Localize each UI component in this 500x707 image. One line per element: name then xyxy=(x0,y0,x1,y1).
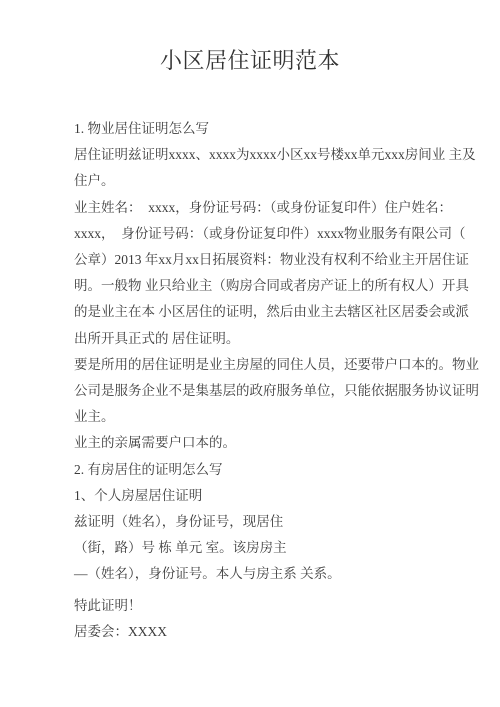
document-title: 小区居住证明范本 xyxy=(0,0,500,74)
section-2-heading: 2. 有房居住的证明怎么写 xyxy=(74,457,470,483)
subsection-heading: 1、个人房屋居住证明 xyxy=(74,483,470,509)
closing-line: 特此证明！ xyxy=(74,593,470,619)
paragraph-line: 要是所用的居住证明是业主房屋的同住人员，还要带户口本的。物业 xyxy=(74,352,470,378)
paragraph-line: 业主。 xyxy=(74,404,470,430)
paragraph-line: 业主的亲属需要户口本的。 xyxy=(74,430,470,456)
paragraph-line: 公章）2013 年xx月xx日拓展资料：物业没有权利不给业主开居住证 xyxy=(74,247,470,273)
paragraph-line: 明。一般物 业只给业主（购房合同或者房产证上的所有权人）开具 xyxy=(74,273,470,299)
paragraph-line: xxxx， 身份证号码：（或身份证复印件）xxxx物业服务有限公司（ xyxy=(74,221,470,247)
paragraph-line: 居住证明兹证明xxxx、xxxx为xxxx小区xx号楼xx单元xxx房间业 主及 xyxy=(74,142,470,168)
document-body: 1. 物业居住证明怎么写 居住证明兹证明xxxx、xxxx为xxxx小区xx号楼… xyxy=(0,116,500,645)
document-page: 小区居住证明范本 1. 物业居住证明怎么写 居住证明兹证明xxxx、xxxx为x… xyxy=(0,0,500,707)
paragraph-line: （街，路）号 栋 单元 室。该房房主 xyxy=(74,535,470,561)
paragraph-line: 住户。 xyxy=(74,168,470,194)
paragraph-line: 出所开具正式的 居住证明。 xyxy=(74,326,470,352)
section-1-heading: 1. 物业居住证明怎么写 xyxy=(74,116,470,142)
paragraph-line: 兹证明（姓名），身份证号，现居住 xyxy=(74,509,470,535)
signature-line: 居委会：XXXX xyxy=(74,619,470,645)
paragraph-line: 公司是服务企业不是集基层的政府服务单位，只能依据服务协议证明 xyxy=(74,378,470,404)
paragraph-line: 的是业主在本 小区居住的证明，然后由业主去辖区社区居委会或派 xyxy=(74,299,470,325)
paragraph-line: 业主姓名： xxxx，身份证号码：（或身份证复印件）住户姓名： xyxy=(74,195,470,221)
paragraph-line: —（姓名），身份证号。本人与房主系 关系。 xyxy=(74,561,470,587)
